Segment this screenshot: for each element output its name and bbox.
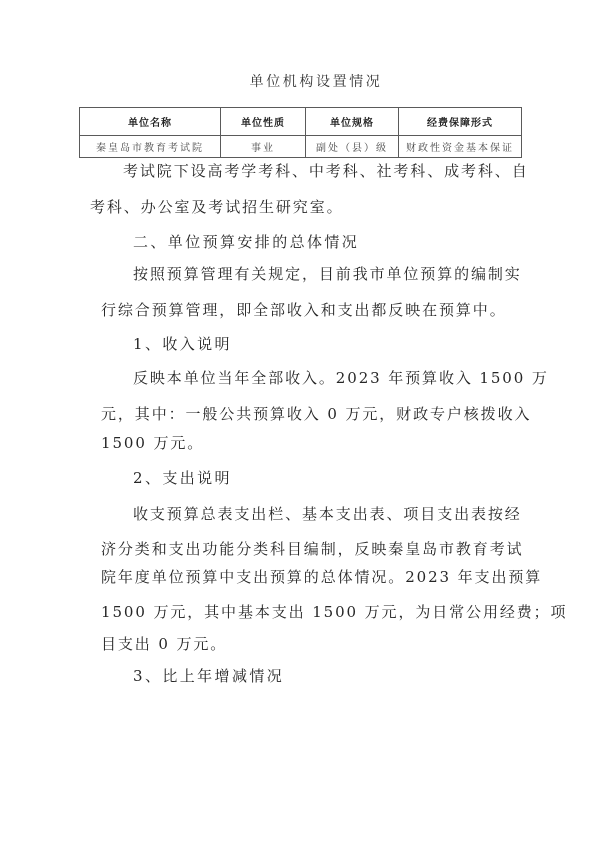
paragraph-line: 济分类和支出功能分类科目编制，反映秦皇岛市教育考试 — [101, 539, 524, 559]
table-row: 秦皇岛市教育考试院 事业 副处（县）级 财政性资金基本保证 — [80, 136, 522, 158]
table-header-row: 单位名称 单位性质 单位规格 经费保障形式 — [80, 108, 522, 136]
section-heading: 1、收入说明 — [133, 334, 232, 354]
org-setup-table: 单位名称 单位性质 单位规格 经费保障形式 秦皇岛市教育考试院 事业 副处（县）… — [79, 107, 522, 158]
header-unit-name: 单位名称 — [80, 108, 221, 136]
cell-funding-form: 财政性资金基本保证 — [399, 136, 522, 158]
cell-unit-name: 秦皇岛市教育考试院 — [80, 136, 221, 158]
section-heading: 2、支出说明 — [133, 468, 232, 488]
header-funding-form: 经费保障形式 — [399, 108, 522, 136]
paragraph-line: 1500 万元。 — [101, 433, 204, 453]
paragraph-line: 行综合预算管理，即全部收入和支出都反映在预算中。 — [101, 300, 507, 320]
section-heading: 二、单位预算安排的总体情况 — [133, 232, 359, 252]
header-unit-nature: 单位性质 — [221, 108, 306, 136]
paragraph-line: 院年度单位预算中支出预算的总体情况。2023 年支出预算 — [101, 567, 542, 587]
paragraph-line: 元，其中：一般公共预算收入 0 万元，财政专户核拨收入 — [101, 404, 531, 424]
cell-unit-nature: 事业 — [221, 136, 306, 158]
paragraph-line: 考试院下设高考学考科、中考科、社考科、成考科、自 — [123, 161, 529, 181]
paragraph-line: 收支预算总表支出栏、基本支出表、项目支出表按经 — [133, 504, 522, 524]
section-heading: 3、比上年增减情况 — [133, 666, 284, 686]
document-page: 单位机构设置情况 单位名称 单位性质 单位规格 经费保障形式 秦皇岛市教育考试院… — [0, 0, 600, 848]
paragraph-line: 1500 万元，其中基本支出 1500 万元，为日常公用经费；项 — [101, 602, 567, 622]
paragraph-line: 反映本单位当年全部收入。2023 年预算收入 1500 万 — [133, 368, 549, 388]
paragraph-line: 考科、办公室及考试招生研究室。 — [90, 197, 344, 217]
page-title: 单位机构设置情况 — [0, 72, 600, 92]
paragraph-line: 按照预算管理有关规定，目前我市单位预算的编制实 — [133, 264, 522, 284]
cell-unit-level: 副处（县）级 — [306, 136, 399, 158]
header-unit-level: 单位规格 — [306, 108, 399, 136]
paragraph-line: 目支出 0 万元。 — [101, 634, 227, 654]
